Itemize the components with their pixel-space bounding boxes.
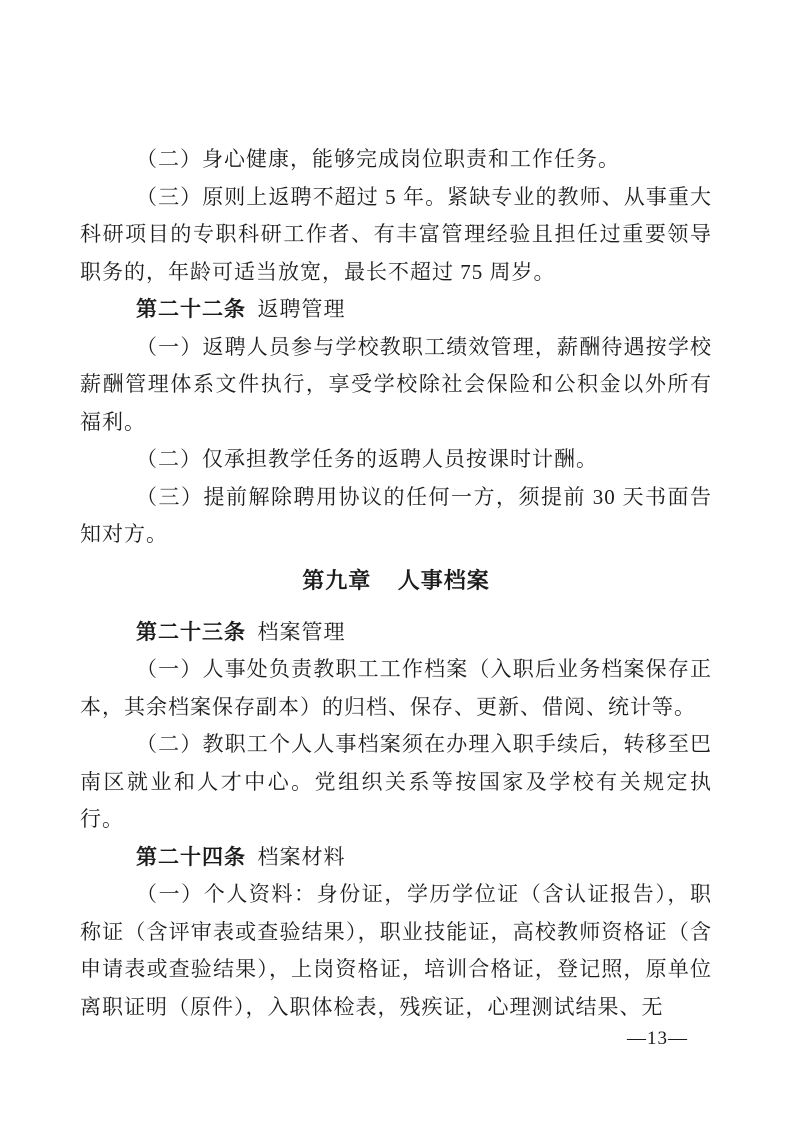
- chapter-heading: 第九章人事档案: [80, 562, 712, 600]
- document-body: （二）身心健康，能够完成岗位职责和工作任务。 （三）原则上返聘不超过 5 年。紧…: [80, 141, 712, 1026]
- article-heading: 第二十二条返聘管理: [80, 291, 712, 329]
- paragraph: （一）返聘人员参与学校教职工绩效管理，薪酬待遇按学校薪酬管理体系文件执行，享受学…: [80, 329, 712, 442]
- article-title: 档案材料: [258, 845, 346, 869]
- chapter-number: 第九章: [302, 568, 371, 593]
- paragraph: （三）提前解除聘用协议的任何一方，须提前 30 天书面告知对方。: [80, 479, 712, 554]
- article-heading: 第二十三条档案管理: [80, 614, 712, 652]
- paragraph: （一）人事处负责教职工工作档案（入职后业务档案保存正本，其余档案保存副本）的归档…: [80, 651, 712, 726]
- document-page: （二）身心健康，能够完成岗位职责和工作任务。 （三）原则上返聘不超过 5 年。紧…: [0, 0, 794, 1122]
- page-number: —13—: [627, 1028, 688, 1050]
- article-number: 第二十四条: [136, 845, 246, 869]
- article-heading: 第二十四条档案材料: [80, 839, 712, 877]
- paragraph: （三）原则上返聘不超过 5 年。紧缺专业的教师、从事重大科研项目的专职科研工作者…: [80, 179, 712, 292]
- chapter-title: 人事档案: [398, 568, 490, 593]
- article-title: 档案管理: [258, 620, 346, 644]
- paragraph: （二）仅承担教学任务的返聘人员按课时计酬。: [80, 441, 712, 479]
- article-number: 第二十二条: [136, 297, 246, 321]
- paragraph: （二）教职工个人人事档案须在办理入职手续后，转移至巴南区就业和人才中心。党组织关…: [80, 726, 712, 839]
- paragraph: （二）身心健康，能够完成岗位职责和工作任务。: [80, 141, 712, 179]
- paragraph: （一）个人资料：身份证，学历学位证（含认证报告），职称证（含评审表或查验结果），…: [80, 876, 712, 1026]
- article-title: 返聘管理: [258, 297, 346, 321]
- article-number: 第二十三条: [136, 620, 246, 644]
